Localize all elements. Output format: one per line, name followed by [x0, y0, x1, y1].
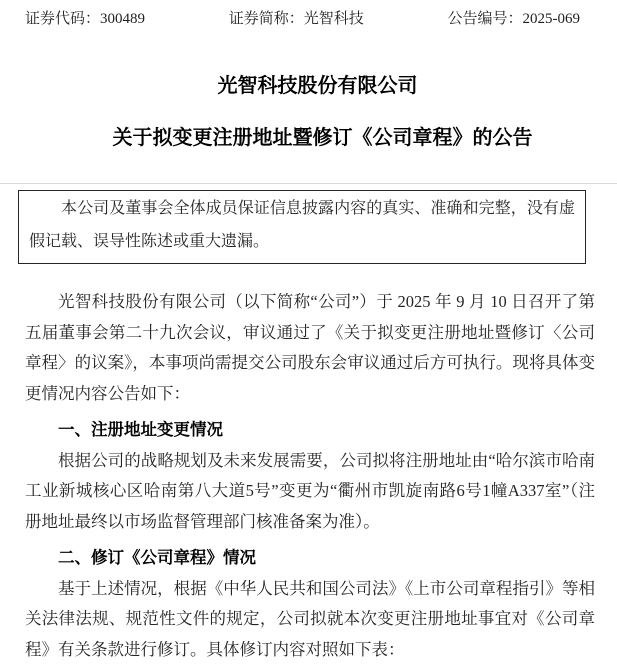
- announcement-title: 关于拟变更注册地址暨修订《公司章程》的公告: [0, 127, 617, 149]
- section2-heading: 二、修订《公司章程》情况: [25, 543, 595, 574]
- stock-short-name: 证券简称：光智科技: [229, 10, 364, 28]
- document-header: 证券代码：300489 证券简称：光智科技 公告编号：2025-069: [0, 0, 617, 28]
- document-body: 光智科技股份有限公司（以下简称“公司”）于 2025 年 9 月 10 日召开了…: [0, 287, 617, 665]
- announcement-number: 公告编号：2025-069: [448, 10, 581, 28]
- divider-line: [0, 183, 617, 184]
- section1-paragraph: 根据公司的战略规划及未来发展需要，公司拟将注册地址由“哈尔滨市哈南工业新城核心区…: [25, 446, 595, 538]
- section1-heading: 一、注册地址变更情况: [25, 415, 595, 446]
- section2-paragraph: 基于上述情况，根据《中华人民共和国公司法》《上市公司章程指引》等相关法律法规、规…: [25, 574, 595, 666]
- announcement-page: 证券代码：300489 证券简称：光智科技 公告编号：2025-069 光智科技…: [0, 0, 617, 666]
- intro-paragraph: 光智科技股份有限公司（以下简称“公司”）于 2025 年 9 月 10 日召开了…: [25, 287, 595, 409]
- disclaimer-text: 本公司及董事会全体成员保证信息披露内容的真实、准确和完整，没有虚假记载、误导性陈…: [29, 192, 575, 258]
- company-title: 光智科技股份有限公司: [0, 75, 617, 97]
- disclaimer-box: 本公司及董事会全体成员保证信息披露内容的真实、准确和完整，没有虚假记载、误导性陈…: [18, 190, 586, 264]
- stock-code: 证券代码：300489: [25, 10, 145, 28]
